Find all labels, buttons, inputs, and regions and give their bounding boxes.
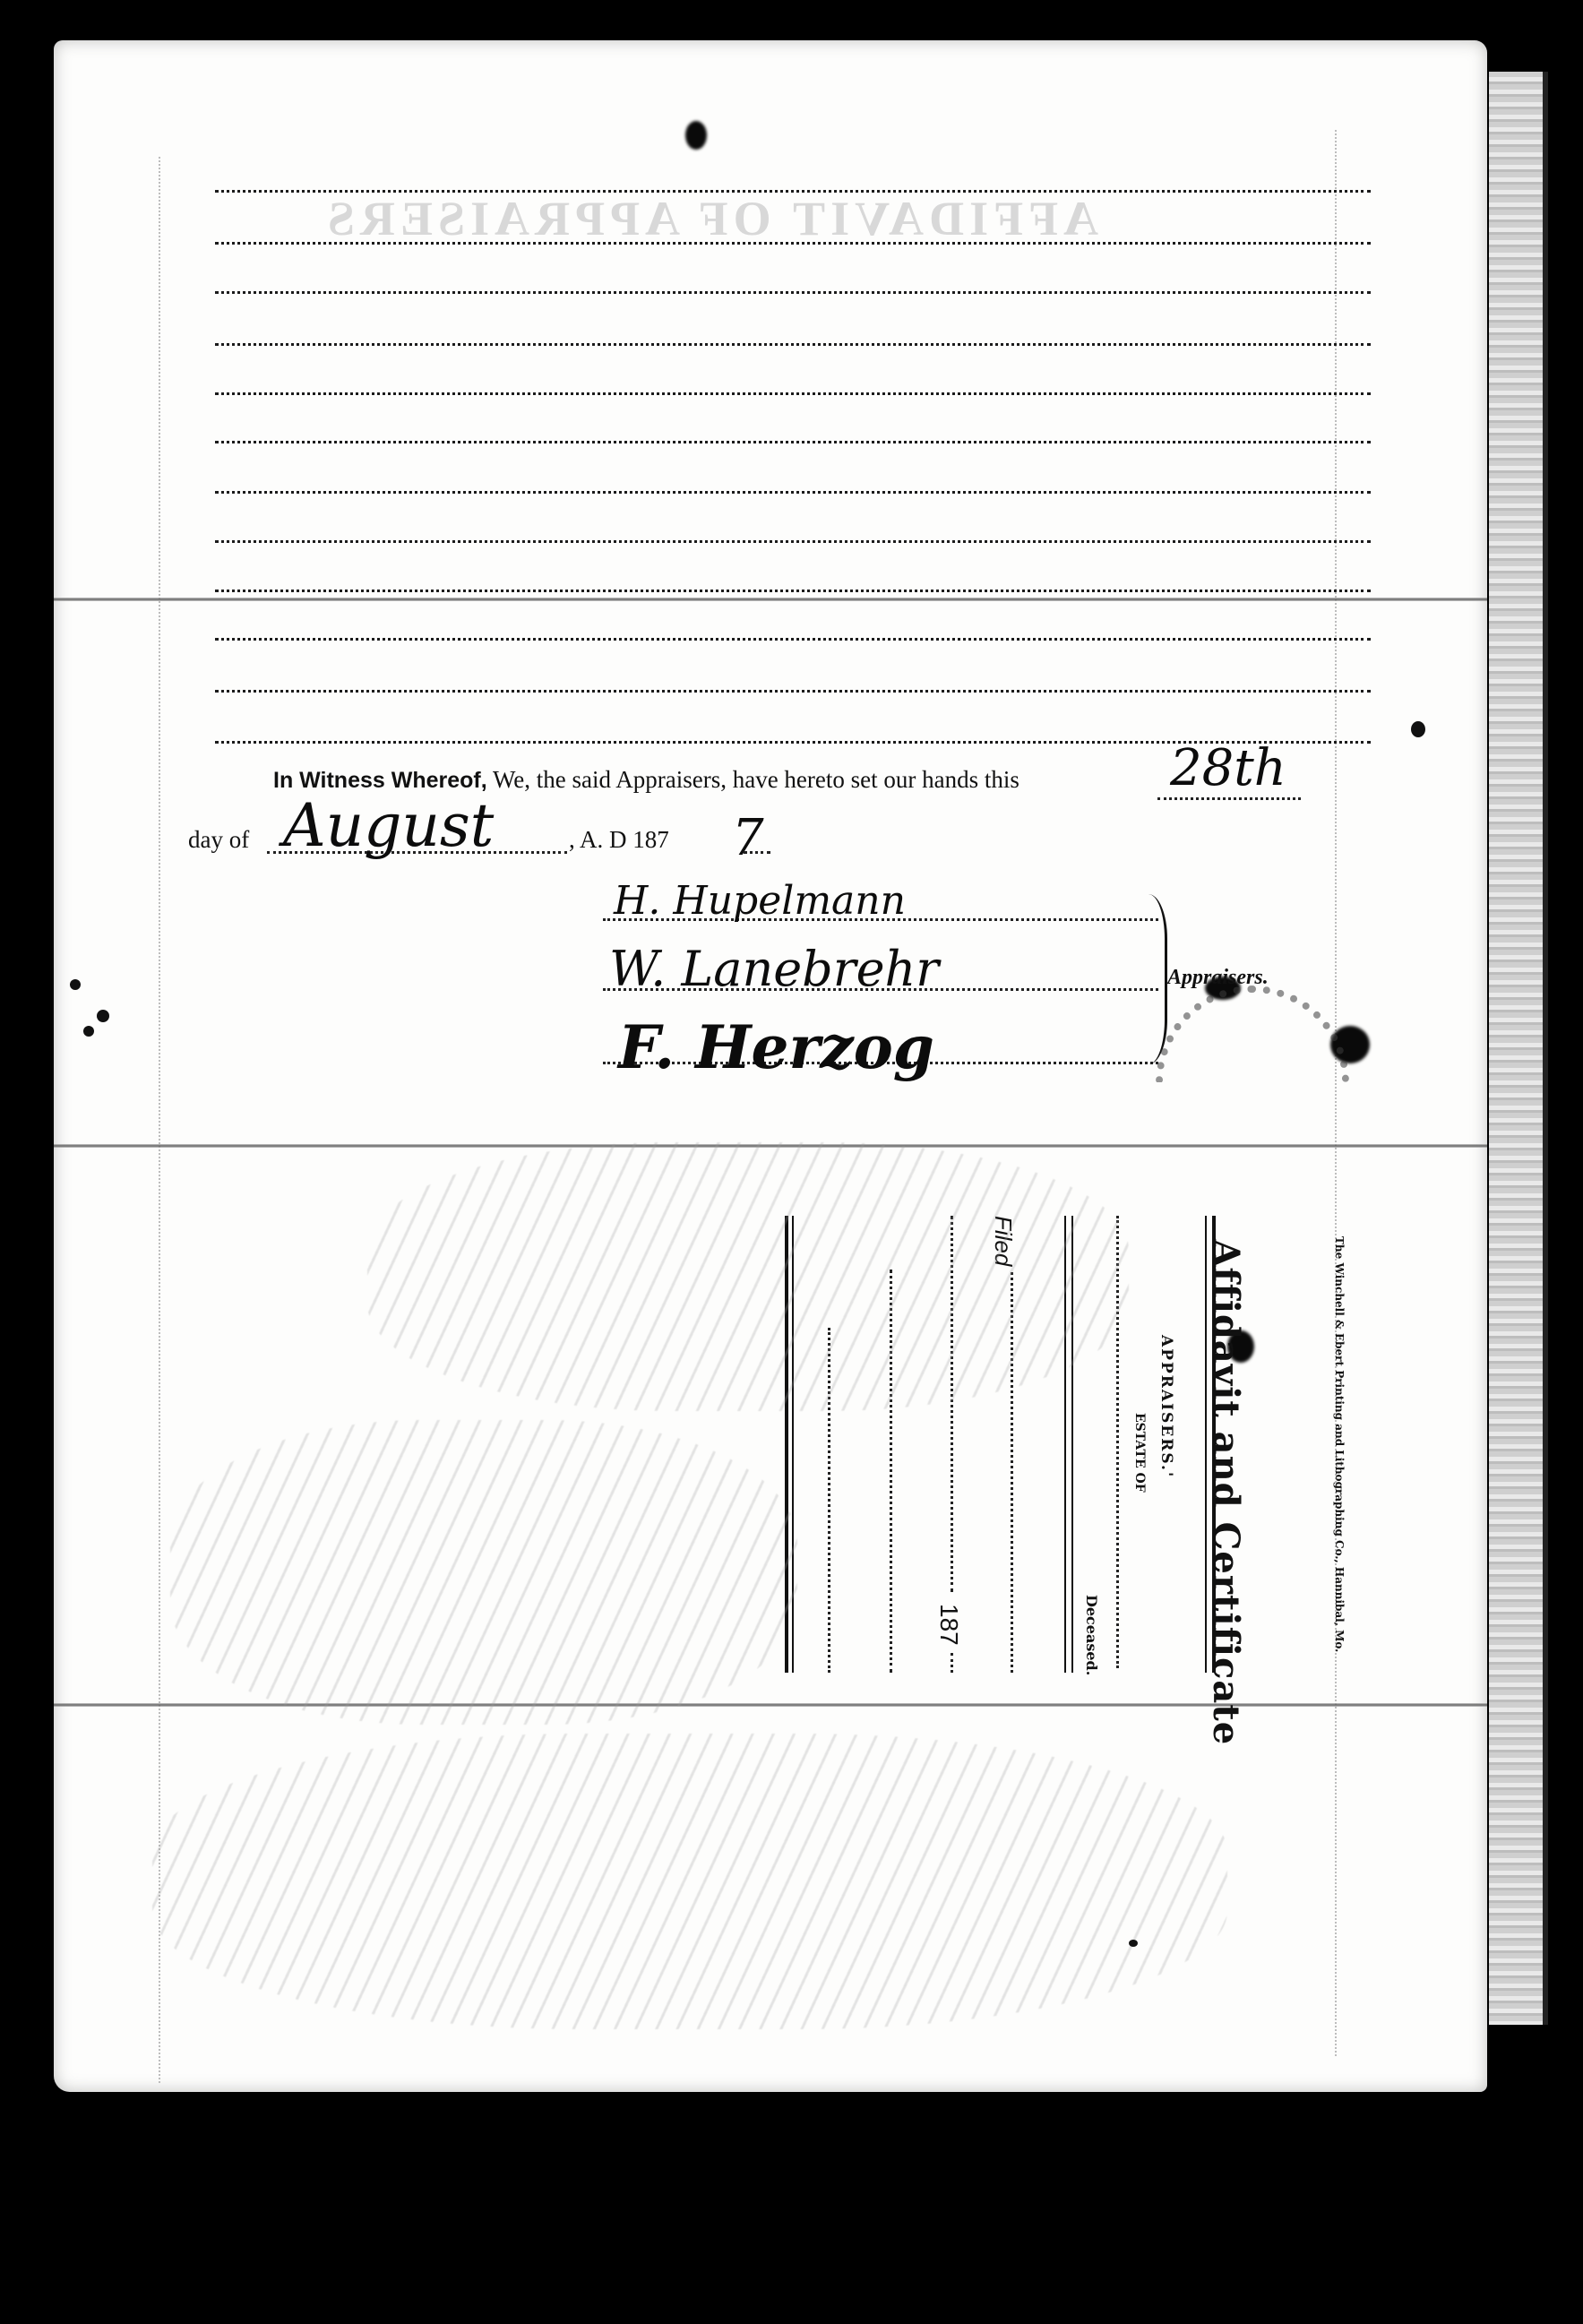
ruled-line [215,242,1371,245]
estate-of-label: ESTATE OF [1132,1413,1147,1493]
margin-line-left [159,157,160,2083]
signature-1: H. Hupelmann [614,878,906,924]
document-page: AFFIDAVIT OF APPRAISERS In Witness Where… [54,40,1487,2092]
ruled-line [215,638,1371,641]
bleed-through-writing [170,1420,797,1725]
ruled-line [215,540,1371,543]
witness-lead: In Witness Whereof, [273,768,487,793]
docket-title: Affidavit and Certificate [1205,1239,1247,1745]
ruled-line [215,190,1371,193]
ruled-line [215,291,1371,294]
speck [1129,1940,1138,1947]
year-handwritten: 7 [732,809,764,867]
date-line: day of [188,826,249,854]
bleed-through-writing [367,1142,1129,1411]
fold-crease-1 [54,598,1487,601]
ruled-line [215,590,1371,592]
signature-3: F. Herzog [618,1012,934,1082]
fold-crease-3 [54,1703,1487,1707]
ruled-line [215,690,1371,693]
bleed-through-heading: AFFIDAVIT OF APPRAISERS [323,191,1098,246]
margin-line-right [1335,130,1337,2056]
month-handwritten: August [283,791,494,860]
year-label: , A. D 187 [569,826,669,853]
signature-brace [1149,894,1167,1064]
year-blank [744,851,770,854]
speck [97,1010,109,1022]
ruled-line [215,441,1371,443]
deceased-label: Deceased. [1083,1595,1100,1675]
day-blank [1157,797,1301,800]
ruled-line [215,343,1371,346]
notary-seal [1156,986,1349,1179]
ruled-line [215,491,1371,494]
day-of-label: day of [188,826,249,853]
docket-blank-year-tail [951,1653,953,1673]
ruled-line [215,392,1371,395]
signature-2: W. Lanebrehr [609,941,939,997]
speck [70,979,81,990]
witness-text: We, the said Appraisers, have hereto set… [487,766,1019,793]
year-label-wrap: , A. D 187 [569,826,669,854]
filed-year-prefix: 187 [934,1604,963,1646]
bleed-through-writing [152,1734,1227,2029]
docket-subtitle: APPRAISERS.' [1157,1335,1175,1478]
speck [1411,721,1425,737]
speck [83,1026,94,1037]
witness-clause-line: In Witness Whereof, We, the said Apprais… [273,766,1019,794]
printer-imprint: The Winchell & Ebert Printing and Lithog… [1333,1236,1346,1652]
day-handwritten: 28th [1170,739,1286,797]
ink-blot [685,121,707,150]
attached-page-edge [1489,72,1548,2025]
